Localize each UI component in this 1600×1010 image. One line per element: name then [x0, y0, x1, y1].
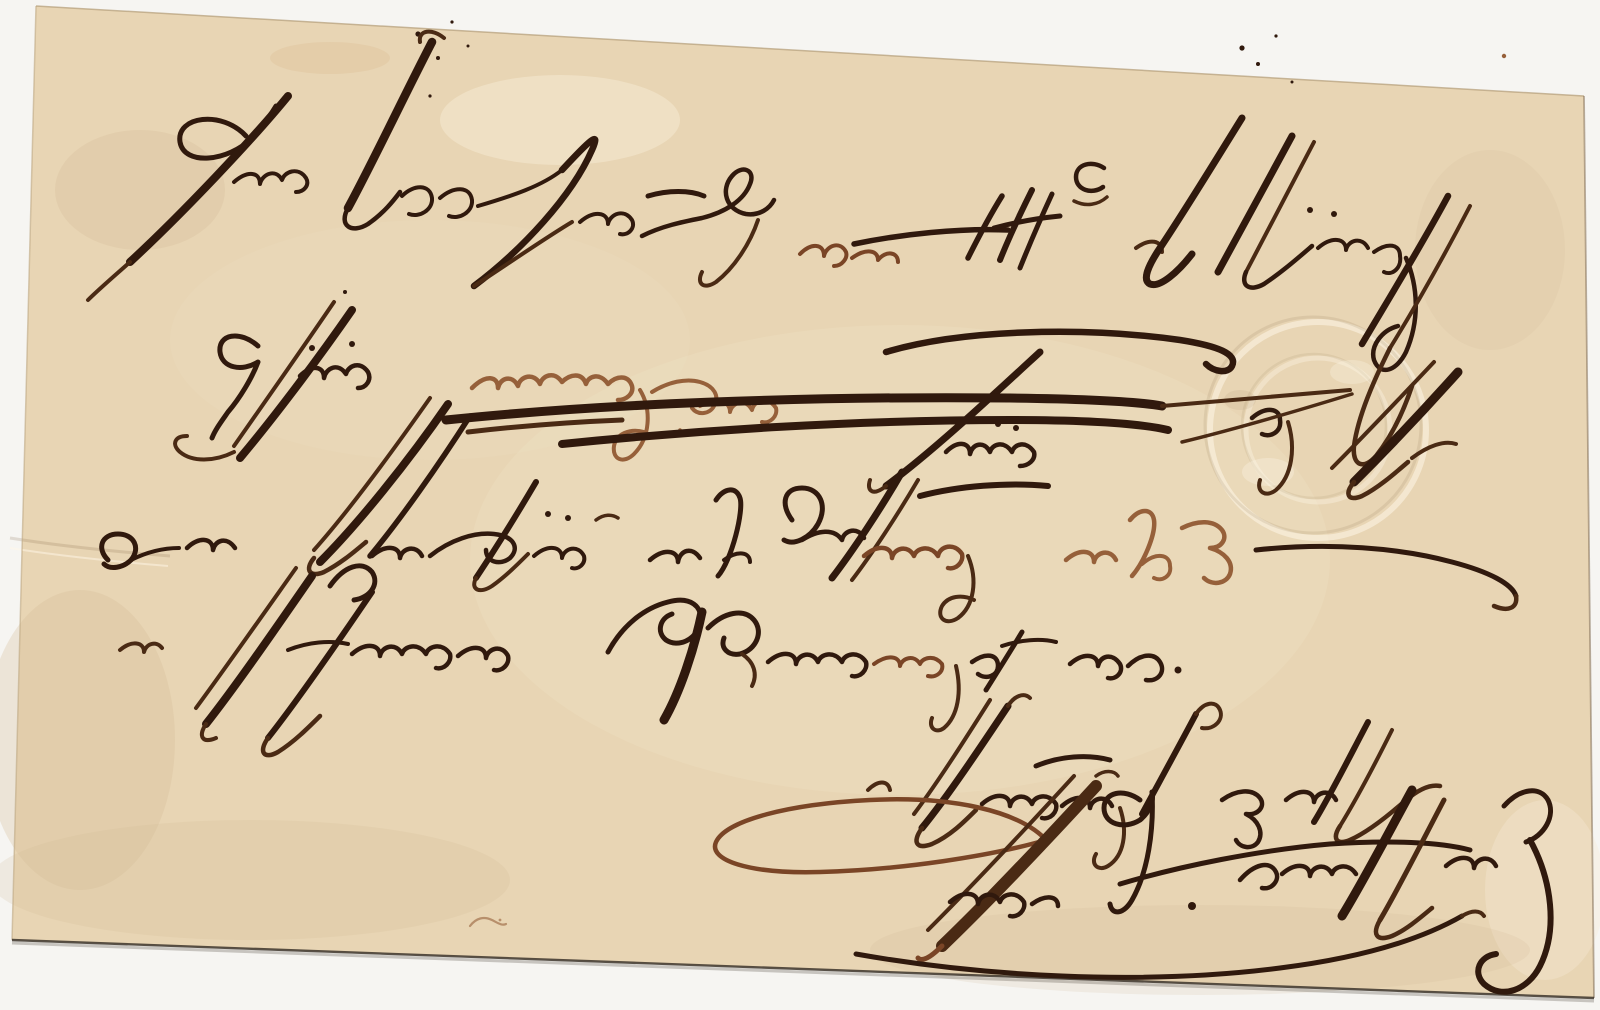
postcard-scan-image: [0, 0, 1600, 1010]
postcard-scan: Ihr Geehrtes vom 14. c. bestätigen(d) ic…: [0, 0, 1600, 1010]
